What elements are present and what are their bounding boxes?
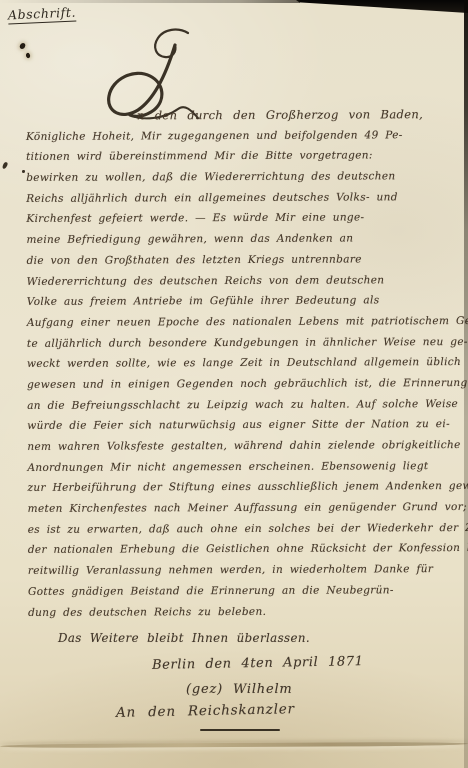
copy-annotation: Abschrift.	[8, 5, 77, 25]
handwritten-line: würde die Feier sich naturwüchsig aus ei…	[0, 414, 468, 437]
handwritten-line: zur Herbeiführung der Stiftung eines aus…	[0, 476, 468, 499]
handwritten-line: Königliche Hoheit, Mir zugegangenen und …	[0, 125, 467, 148]
handwritten-line: n den durch den Großherzog von Baden,	[0, 104, 467, 127]
scanned-letter-page: Abschrift. I n den durch den Großherzog …	[0, 0, 468, 768]
handwritten-line: meine Befriedigung gewähren, wenn das An…	[0, 228, 468, 251]
handwritten-line: bewirken zu wollen, daß die Wiedererrich…	[0, 166, 467, 189]
handwritten-line: reitwillig Veranlassung nehmen werden, i…	[1, 559, 468, 582]
scan-edge-shadow	[464, 0, 468, 768]
handwritten-line: es ist zu erwarten, daß auch ohne ein so…	[1, 518, 468, 541]
handwritten-line: Anordnungen Mir nicht angemessen erschei…	[0, 456, 468, 479]
handwritten-line: Gottes gnädigen Beistand die Erinnerung …	[1, 580, 468, 603]
handwritten-line: dung des deutschen Reichs zu beleben.	[1, 600, 468, 623]
handwritten-line: Wiedererrichtung des deutschen Reichs vo…	[0, 269, 468, 292]
handwritten-line: weckt werden sollte, wie es lange Zeit i…	[0, 352, 468, 375]
pinhole	[25, 52, 31, 58]
signature-line: (gez) Wilhelm	[186, 682, 293, 697]
letter-body: n den durch den Großherzog von Baden, Kö…	[0, 104, 468, 623]
handwritten-line: die von den Großthaten des letzten Krieg…	[0, 249, 468, 272]
paper-crease	[0, 742, 468, 748]
closing-line: Das Weitere bleibt Ihnen überlassen.	[58, 631, 310, 645]
address-line: An den Reichskanzler	[116, 701, 295, 721]
handwritten-line: der nationalen Erhebung die Geistlichen …	[1, 538, 468, 561]
pinhole	[19, 42, 26, 49]
scan-edge-shadow-top	[0, 0, 300, 3]
handwritten-line: te alljährlich durch besondere Kundgebun…	[0, 332, 468, 355]
handwritten-line: titionen wird übereinstimmend Mir die Bi…	[0, 145, 467, 168]
handwritten-line: Volke aus freiem Antriebe im Gefühle ihr…	[0, 290, 468, 313]
handwritten-line: meten Kirchenfestes nach Meiner Auffassu…	[1, 497, 468, 520]
handwritten-line: an die Befreiungsschlacht zu Leipzig wac…	[0, 394, 468, 417]
handwritten-line: Aufgang einer neuen Epoche des nationale…	[0, 311, 468, 334]
scanned-document: Abschrift. I n den durch den Großherzog …	[0, 0, 468, 768]
closing-rule	[200, 729, 280, 731]
handwritten-line: nem wahren Volksfeste gestalten, während…	[0, 435, 468, 458]
handwritten-line: gewesen und in einigen Gegenden noch geb…	[0, 373, 468, 396]
handwritten-line: Kirchenfest gefeiert werde. — Es würde M…	[0, 207, 467, 230]
date-line: Berlin den 4ten April 1871	[152, 654, 364, 673]
handwritten-line: Reichs alljährlich durch ein allgemeines…	[0, 187, 467, 210]
